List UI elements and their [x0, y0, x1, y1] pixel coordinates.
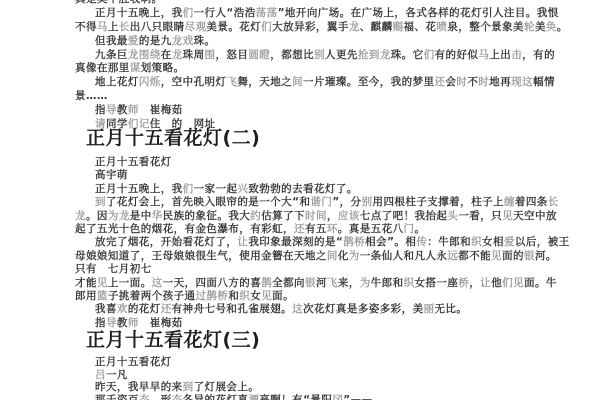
essay2-paragraph2-line3: 起了五光十色的烟花，有金色瀑布，有彩虹，还有五环。真是五花八门。 [75, 223, 595, 236]
cropped-text-fragment: 真是美不胜收啊。 [75, 0, 595, 7]
scanned-document-page: 真是美不胜收啊。 正月十五晚上，我们一行人“浩浩荡荡”地开向广场。在广场上，各式… [0, 0, 600, 400]
essay1-teacher-credit: 指导教师 崔梅茹 [75, 104, 595, 118]
essay1-paragraph4-line1: 地上花灯闪烁，空中孔明灯飞舞，天地之间一片璀璨。至今，我的梦里还会时不时地再现这… [75, 76, 595, 90]
essay2-paragraph3-line5: 郎用篮子挑着两个孩子通过鹊桥和织女见面。 [75, 290, 595, 303]
essay2-paragraph3-line2: 母娘娘知道了，王母娘娘很生气，使用金簪在天地之间化为一条仙人和凡人永远都不能见面… [75, 250, 595, 263]
essay1-section: 真是美不胜收啊。 正月十五晚上，我们一行人“浩浩荡荡”地开向广场。在广场上，各式… [75, 0, 595, 132]
essay3-author: 吕一凡 [75, 369, 595, 382]
essay2-paragraph3-line4: 才能见上一面。这一天，四面八方的喜鹊全都向银河飞来，为牛郎和织女搭一座桥，让他们… [75, 277, 595, 290]
essay3-paragraph1-line1: 昨天，我早早的来到了灯展会上。 [75, 381, 595, 394]
essay2-paragraph3-line1: 放完了烟花，开始看花灯了，让我印象最深刻的是“鹊桥相会”。相传：牛郎和织女相爱以… [75, 236, 595, 249]
essay3-subtitle: 正月十五看花灯 [75, 356, 595, 369]
essay1-paragraph4-line2: 景…… [75, 90, 595, 104]
essay3-paragraph2-line1: 那千姿百态、形态各异的花灯真漂亮啊！有“景阳冈”—— [75, 394, 595, 400]
essay2-subtitle: 正月十五看花灯 [75, 156, 595, 169]
essay2-paragraph2-line2: 龙。因为龙是中华民族的象征。我大约估算了下时间，应该七点了吧！我抬起头一看，只见… [75, 210, 595, 223]
essay1-paragraph1-line1: 正月十五晚上，我们一行人“浩浩荡荡”地开向广场。在广场上，各式各样的花灯引人注目… [75, 7, 595, 21]
essay1-paragraph3-line2: 真像在那里谋划策略。 [75, 62, 595, 76]
essay1-paragraph3-line1: 九条巨龙围绕在龙珠周围，怒目圆瞪，都想比别人更先抢到龙珠。它们有的好似马上出击，… [75, 49, 595, 63]
essay2-author: 高宇萌 [75, 169, 595, 182]
essay2-paragraph3-line3: 只有 七月初七 [75, 263, 595, 276]
essay2-heading: 正月十五看花灯(二) [86, 128, 260, 148]
essay2-paragraph2-line1: 到了花灯会上，首先映入眼帘的是一个大“和谐门”，分别用四根柱子支撑着，柱子上缠着… [75, 196, 595, 209]
essay3-section: 正月十五看花灯 吕一凡 昨天，我早早的来到了灯展会上。 那千姿百态、形态各异的花… [75, 356, 595, 400]
essay1-paragraph1-line2: 不得马上长出八只眼睛尽观美景。花灯们大放异彩，翼手龙、麒麟赐福、花喷泉，整个景象… [75, 21, 595, 35]
essay2-paragraph1-line1: 正月十五晚上，我们一家一起兴致勃勃的去看花灯了。 [75, 183, 595, 196]
essay3-heading: 正月十五看花灯(三) [86, 330, 260, 350]
essay2-paragraph4-line1: 我喜欢的花灯还有神舟七号和孔雀展翅。这次花灯真是多姿多彩，美丽无比。 [75, 303, 595, 316]
essay1-paragraph2-line1: 但我最爱的是九龙戏珠。 [75, 35, 595, 49]
essay2-section: 正月十五看花灯 高宇萌 正月十五晚上，我们一家一起兴致勃勃的去看花灯了。 到了花… [75, 156, 595, 330]
